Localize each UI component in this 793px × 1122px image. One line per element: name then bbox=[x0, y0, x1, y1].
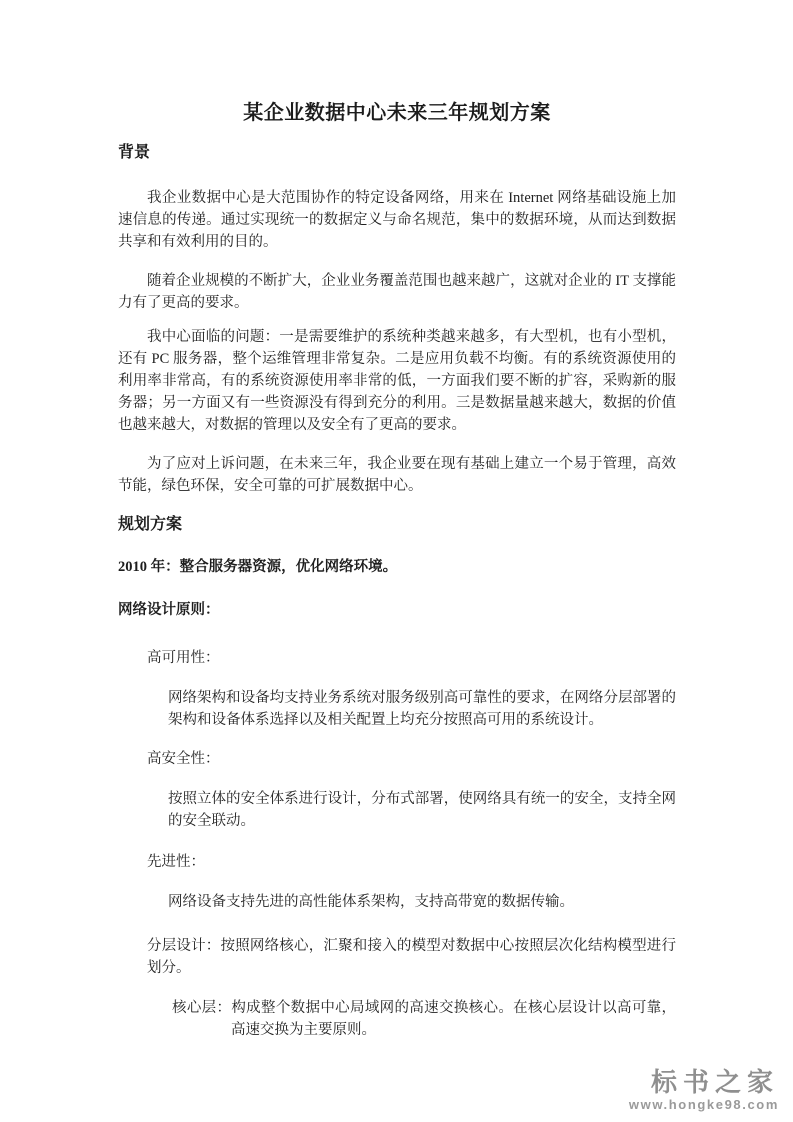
section-heading-background: 背景 bbox=[118, 143, 676, 163]
principle-label-high-security: 高安全性： bbox=[147, 748, 676, 770]
core-layer-body: 构成整个数据中心局域网的高速交换核心。在核心层设计以高可靠，高速交换为主要原则。 bbox=[231, 1000, 676, 1038]
layered-design-paragraph: 分层设计：按照网络核心，汇聚和接入的模型对数据中心按照层次化结构模型进行划分。 bbox=[147, 935, 676, 979]
background-paragraph-2: 随着企业规模的不断扩大，企业业务覆盖范围也越来越广，这就对企业的 IT 支撑能力… bbox=[118, 270, 676, 314]
background-paragraph-3: 我中心面临的问题：一是需要维护的系统种类越来越多，有大型机，也有小型机，还有 P… bbox=[118, 326, 676, 436]
watermark: 标书之家 www.hongke98.com bbox=[629, 1068, 779, 1112]
principle-body-high-security: 按照立体的安全体系进行设计，分布式部署，使网络具有统一的安全，支持全网的安全联动… bbox=[168, 788, 676, 832]
document-page: 某企业数据中心未来三年规划方案 背景 我企业数据中心是大范围协作的特定设备网络，… bbox=[0, 0, 793, 1122]
document-title: 某企业数据中心未来三年规划方案 bbox=[118, 99, 676, 127]
principle-label-advancement: 先进性： bbox=[147, 851, 676, 873]
document-content: 某企业数据中心未来三年规划方案 背景 我企业数据中心是大范围协作的特定设备网络，… bbox=[0, 0, 793, 1041]
watermark-url: www.hongke98.com bbox=[629, 1097, 779, 1112]
background-paragraph-4: 为了应对上诉问题，在未来三年，我企业要在现有基础上建立一个易于管理，高效节能，绿… bbox=[118, 453, 676, 497]
principle-body-advancement: 网络设备支持先进的高性能体系架构，支持高带宽的数据传输。 bbox=[168, 891, 676, 913]
core-layer-label: 核心层： bbox=[172, 1000, 231, 1016]
principle-body-high-availability: 网络架构和设备均支持业务系统对服务级别高可靠性的要求，在网络分层部署的架构和设备… bbox=[168, 687, 676, 731]
watermark-brand-text: 标书之家 bbox=[629, 1068, 779, 1096]
background-paragraph-1: 我企业数据中心是大范围协作的特定设备网络，用来在 Internet 网络基础设施… bbox=[118, 187, 676, 253]
section-heading-plan: 规划方案 bbox=[118, 515, 676, 535]
core-layer-paragraph: 核心层：构成整个数据中心局域网的高速交换核心。在核心层设计以高可靠，高速交换为主… bbox=[172, 997, 676, 1041]
plan-year-2010-line: 2010 年：整合服务器资源，优化网络环境。 bbox=[118, 556, 676, 578]
principle-label-high-availability: 高可用性： bbox=[147, 647, 676, 669]
network-design-principles-heading: 网络设计原则： bbox=[118, 599, 676, 621]
